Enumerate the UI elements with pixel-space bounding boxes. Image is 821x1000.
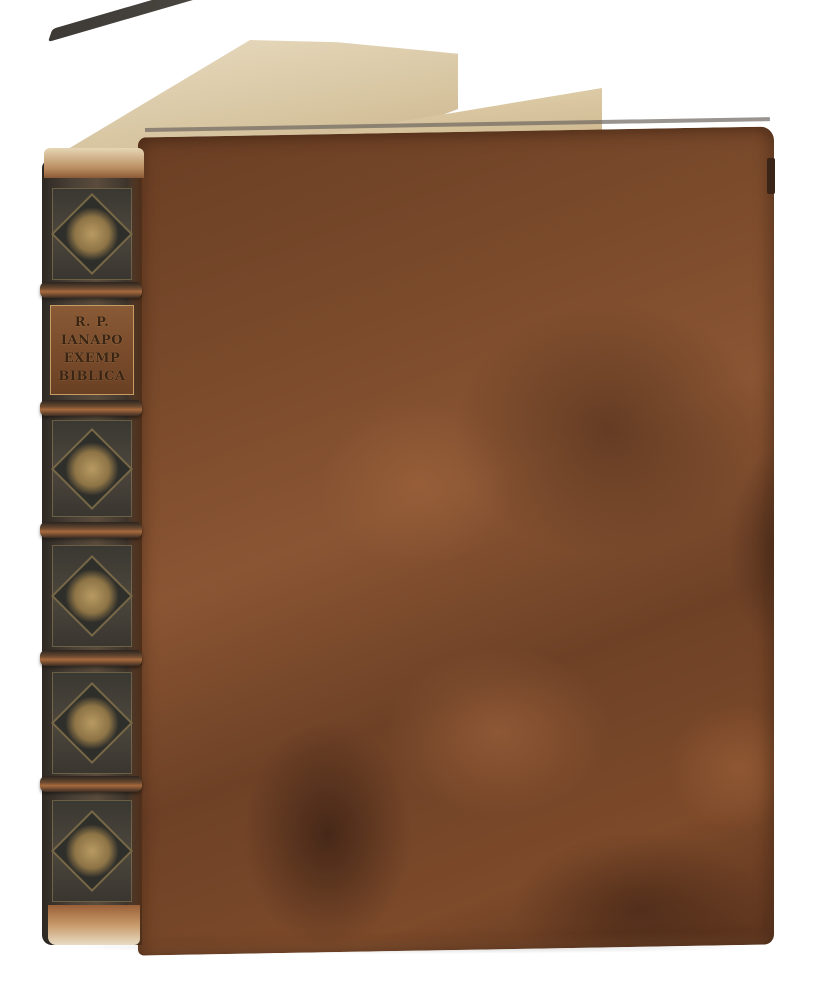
book-photo: R. P. IANAPO EXEMP BIBLICA bbox=[0, 0, 821, 1000]
raised-band-5 bbox=[40, 776, 142, 792]
cover-clasp-tab bbox=[767, 158, 775, 194]
raised-band-4 bbox=[40, 650, 142, 666]
spine-headcap bbox=[44, 148, 144, 178]
gilt-ornament-icon bbox=[51, 555, 133, 637]
label-line-4: BIBLICA bbox=[58, 368, 125, 386]
spine-title-label: R. P. IANAPO EXEMP BIBLICA bbox=[50, 305, 134, 395]
gilt-ornament-icon bbox=[51, 682, 133, 764]
gilt-ornament-icon bbox=[51, 810, 133, 892]
spine-compartment-3 bbox=[52, 420, 132, 517]
label-line-1: R. P. bbox=[75, 314, 110, 332]
spine-compartment-1 bbox=[52, 188, 132, 280]
raised-band-1 bbox=[40, 282, 142, 298]
raised-band-3 bbox=[40, 522, 142, 538]
spine-compartment-6 bbox=[52, 800, 132, 902]
label-line-3: EXEMP bbox=[64, 350, 121, 368]
spine-tailcap bbox=[48, 905, 140, 945]
gilt-ornament-icon bbox=[51, 427, 133, 509]
front-cover bbox=[138, 126, 774, 955]
spine-compartment-5 bbox=[52, 672, 132, 774]
raised-band-2 bbox=[40, 400, 142, 416]
gilt-ornament-icon bbox=[51, 193, 133, 275]
label-line-2: IANAPO bbox=[61, 332, 123, 350]
back-board-edge bbox=[48, 0, 371, 42]
spine-compartment-4 bbox=[52, 545, 132, 647]
